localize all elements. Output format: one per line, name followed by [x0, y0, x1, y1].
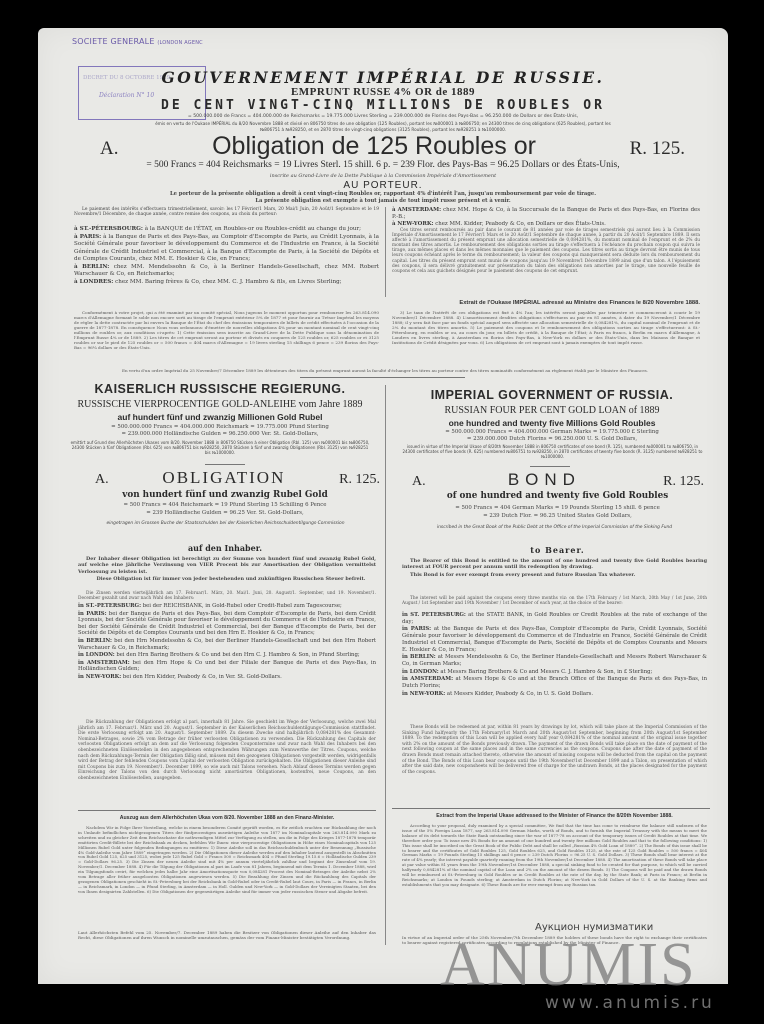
english-paying-agents: in ST. PETERSBURG: at the STATE BANK, in… — [402, 612, 707, 698]
agent-new-york-de: in NEW-YORK: bei den Hrn Kidder, Peabody… — [78, 674, 376, 681]
series-letter: A. — [100, 138, 118, 160]
agent-new-york-en: in NEW-YORK: at Messrs Kidder, Peabody &… — [402, 691, 707, 698]
german-footer-text: Laut Allerhöchsten Befehl vom 25. Novemb… — [78, 930, 376, 940]
french-inscription: inscrite au Grand-Livre de la Dette Publ… — [40, 173, 726, 179]
english-divider — [530, 466, 570, 467]
french-face-value: R. 125. — [630, 138, 685, 160]
french-extract-right: 3) Le taux de l'intérêt de ces obligatio… — [392, 310, 700, 346]
language-column-divider — [385, 385, 386, 945]
german-loan-title: RUSSISCHE VIERPROCENTIGE GOLD-ANLEIHE vo… — [60, 399, 380, 410]
agent-new-york: à NEW-YORK: chez MM. Kidder, Peabody & C… — [392, 221, 700, 228]
english-sub-eq-1: = 500 Francs = 404 German Marks = 19 Pou… — [400, 505, 715, 511]
section-divider — [300, 377, 465, 378]
english-bond-title: BOND — [508, 470, 581, 490]
german-face-value: R. 125. — [339, 472, 380, 488]
loan-amount-line: DE CENT VINGT-CINQ MILLIONS DE ROUBLES O… — [38, 98, 728, 113]
english-inscription: inscribed in the Great Book of the Publi… — [402, 525, 707, 531]
german-inscription: eingetragen im Grossen Buche der Staatss… — [78, 521, 373, 527]
agent-paris: à PARIS: à la Banque de Paris et des Pay… — [74, 234, 379, 263]
german-footer: Laut Allerhöchsten Befehl vom 25. Novemb… — [78, 930, 376, 941]
document-title: GOUVERNEMENT IMPÉRIAL DE RUSSIE. — [38, 68, 728, 87]
german-intro-1: Der Inhaber dieser Obligation ist berech… — [78, 556, 376, 575]
german-redemption-text: Die Rückzahlung der Obligationen erfolgt… — [78, 720, 376, 782]
german-eq-1: = 500.000.000 Francs = 404.000.000 Reich… — [60, 424, 380, 430]
german-series-letter: A. — [95, 472, 109, 488]
german-paying-agents: in ST.-PETERSBURG: bei der REICHSBANK, i… — [78, 603, 376, 682]
french-obligation-heading: A. Obligation de 125 Roubles or R. 125. — [100, 132, 685, 161]
agent-amsterdam: à AMSTERDAM: chez MM. Hope & Co, à la Su… — [392, 207, 700, 220]
french-paying-agents-right: à AMSTERDAM: chez MM. Hope & Co, à la Su… — [392, 207, 700, 229]
english-intro: The Bearer of this Bond is entitled to t… — [402, 558, 707, 579]
societe-generale-stamp: SOCIETE GENERALE (LONDON AGENC — [72, 37, 203, 46]
anumis-watermark-logo: ANUMIS — [440, 930, 697, 1001]
english-intro-2: This Bond is for ever exempt from every … — [402, 572, 707, 578]
agent-london-en: in LONDON: at Messrs Baring Brothers & C… — [402, 669, 707, 676]
french-payment-terms: Le paiement des intérêts s'effectuera tr… — [74, 207, 379, 219]
german-government-title: KAISERLICH RUSSISCHE REGIERUNG. — [60, 382, 380, 396]
anumis-watermark-url: www.anumis.ru — [545, 993, 715, 1013]
english-bearer: to Bearer. — [400, 545, 715, 555]
german-intro-2: Diese Obligation ist für immer von jeder… — [78, 576, 376, 582]
french-paying-agents-left: à ST.-PÉTERSBOURG: à la BANQUE de l'ÉTAT… — [74, 226, 379, 288]
english-eq-2: = 239.000.000 Dutch Florins = 96.250.000… — [392, 436, 712, 442]
french-payment-text: Le paiement des intérêts s'effectuera tr… — [74, 207, 379, 218]
english-bond-heading: A. BOND R. 125. — [412, 470, 704, 490]
german-sub-eq-2: = 239 Holländische Gulden = 96.25 Ver. S… — [70, 510, 380, 516]
agent-berlin-de: in BERLIN: bei den Hrn Mendelssohn & Co,… — [78, 638, 376, 651]
french-extract-title: Extrait de l'Oukase IMPÉRIAL adressé au … — [250, 300, 700, 306]
english-extract: According to your proposal, duly examine… — [402, 824, 707, 889]
french-intro-1: Le porteur de la présente obligation a d… — [40, 191, 726, 197]
english-payment: The interest will be paid against the co… — [402, 596, 707, 607]
english-subtitle: of one hundred and twenty five Gold Roub… — [400, 491, 715, 501]
english-intro-1: The Bearer of this Bond is entitled to t… — [402, 558, 707, 571]
loan-subtitle: EMPRUNT RUSSE 4% OR de 1889 — [38, 86, 728, 98]
agent-paris-en: in PARIS: at the Banque de Paris et des … — [402, 626, 707, 653]
german-obligation-heading: A. OBLIGATION R. 125. — [95, 468, 380, 488]
german-extract: Nachdem Wir in Folge Ihrer Vorstellung, … — [78, 826, 376, 896]
english-amount: one hundred and twenty five Millions Gol… — [392, 418, 712, 428]
agent-berlin: à BERLIN: chez MM. Mendelssohn & Co, à l… — [74, 264, 379, 278]
agent-berlin-en: in BERLIN: at Messrs Mendelssohn & Co, t… — [402, 654, 707, 667]
german-obligation-title: OBLIGATION — [162, 468, 285, 488]
german-sub-eq-1: = 500 Francs = 404 Reichsmark = 19 Pfund… — [70, 502, 380, 508]
german-eq-2: = 239.000.000 Holländische Gulden = 96.2… — [60, 431, 380, 437]
english-extract-text: According to your proposal, duly examine… — [402, 824, 707, 888]
english-extract-divider — [392, 808, 710, 809]
english-loan-title: RUSSIAN FOUR PER CENT GOLD LOAN of 1889 — [392, 405, 712, 416]
german-issue: emittirt auf Grund des Allerhöchsten Uka… — [70, 440, 370, 455]
german-divider — [205, 464, 245, 465]
agent-amsterdam-de: in AMSTERDAM: bei den Hrn Hope & Co und … — [78, 660, 376, 673]
french-redemption-terms: Ces titres seront remboursés au pair dan… — [392, 228, 700, 275]
german-intro: Der Inhaber dieser Obligation ist berech… — [78, 556, 376, 584]
agent-london-de: in LONDON: bei den Hrn Baring Brothers &… — [78, 652, 376, 659]
agent-st-petersbourg: à ST.-PÉTERSBOURG: à la BANQUE de l'ÉTAT… — [74, 226, 379, 233]
english-issue: issued in virtue of the Imperial Ukase o… — [400, 444, 705, 459]
english-redemption-text: These Bonds will be redeemed at par, wit… — [402, 725, 707, 775]
french-extract-left: Conformément à votre projet, qui a été e… — [74, 310, 379, 351]
agent-st-petersburg-en: in ST. PETERSBURG: at the STATE BANK, in… — [402, 612, 707, 625]
agent-paris-de: in PARIS: bei der Banque de Paris et des… — [78, 611, 376, 637]
french-equivalents: = 500 Francs = 404 Reichsmarks = 19 Livr… — [40, 160, 726, 170]
german-extract-title: Auszug aus dem Allerhöchsten Ukas vom 8/… — [78, 815, 376, 821]
agent-amsterdam-en: in AMSTERDAM: at Messrs Hope & Co and at… — [402, 676, 707, 689]
header-equivalents: = 500.000.000 de Francs = 404.000.000 de… — [40, 114, 726, 120]
german-extract-text: Nachdem Wir in Folge Ihrer Vorstellung, … — [78, 826, 376, 895]
french-redemption-text: Ces titres seront remboursés au pair dan… — [392, 228, 700, 274]
english-extract-title: Extract from the Imperial Ukase addresse… — [402, 813, 707, 819]
french-extract-left-text: Conformément à votre projet, qui a été e… — [74, 310, 379, 350]
english-sub-eq-2: = 239 Dutch Flor. = 96.25 United States … — [400, 513, 715, 519]
german-extract-divider — [78, 810, 376, 811]
french-obligation-title: Obligation de 125 Roubles or — [212, 132, 536, 161]
german-amount: auf hundert fünf und zwanzig Millionen G… — [60, 412, 380, 422]
french-bearer: AU PORTEUR. — [40, 180, 726, 191]
english-eq-1: = 500.000.000 Francs = 404.000.000 Germa… — [392, 429, 712, 435]
english-redemption-terms: These Bonds will be redeemed at par, wit… — [402, 725, 707, 776]
german-payment: Die Zinsen werden vierteljährlich am 17.… — [78, 591, 376, 602]
german-subtitle: von hundert fünf und zwanzig Rubel Gold — [70, 490, 380, 500]
agent-londres: à LONDRES: chez MM. Baring frères & Co, … — [74, 279, 379, 286]
english-payment-text: The interest will be paid against the co… — [402, 596, 707, 606]
french-column-divider — [385, 207, 386, 297]
french-extract-right-text: 3) Le taux de l'intérêt de ces obligatio… — [392, 310, 700, 345]
english-face-value: R. 125. — [663, 474, 704, 490]
german-bearer: auf den Inhaber. — [70, 543, 380, 553]
french-intro-2: La présente obligation est exempte à tou… — [40, 198, 726, 204]
french-footer: En vertu d'un ordre Impérial du 25 Novem… — [60, 368, 710, 373]
agent-st-petersburg-de: in ST.-PETERSBURG: bei der REICHSBANK, i… — [78, 603, 376, 610]
english-government-title: IMPERIAL GOVERNMENT OF RUSSIA. — [392, 388, 712, 402]
german-payment-text: Die Zinsen werden vierteljährlich am 17.… — [78, 591, 376, 601]
english-series-letter: A. — [412, 474, 426, 490]
german-redemption-terms: Die Rückzahlung der Obligationen erfolgt… — [78, 720, 376, 783]
